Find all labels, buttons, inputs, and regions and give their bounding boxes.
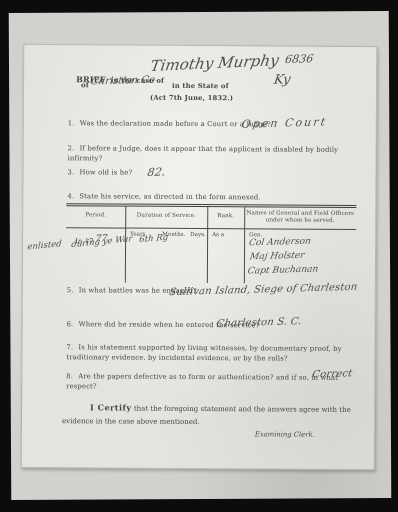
col-header-officers: Names of General and Field Officers unde…: [246, 210, 354, 225]
question-1-number: 1.: [68, 119, 80, 129]
margin-note-line-3: 6th Rg: [139, 232, 169, 245]
scanned-document-photo: 6836 BRIEF in the case of Timothy Murphy…: [0, 0, 398, 512]
question-4: 4.State his service, as directed in the …: [67, 192, 359, 204]
question-2: 2.If before a Judge, does it appear that…: [68, 144, 360, 165]
certification-paragraph: I Certify that the foregoing statement a…: [62, 400, 352, 429]
question-5: 5.In what battles was he engaged? Sulliv…: [67, 286, 359, 298]
examining-clerk-label: Examining Clerk.: [255, 430, 315, 438]
certification-lead: I Certify: [90, 402, 132, 412]
act-line: (Act 7th June, 1832.): [150, 94, 233, 104]
question-4-text: State his service, as directed in the fo…: [79, 192, 260, 201]
subheader-days: Days.: [190, 232, 206, 238]
question-8-number: 8.: [66, 372, 78, 382]
question-1-answer-handwritten: Open Court: [240, 114, 328, 132]
question-1: 1.Was the declaration made before a Cour…: [68, 119, 360, 131]
question-8-text: Are the papers defective as to form or a…: [66, 372, 338, 390]
question-6-number: 6.: [67, 320, 79, 330]
question-3: 3.How old is he? 82.: [67, 168, 359, 180]
of-label: of: [81, 81, 89, 91]
in-state-of-label: in the State of: [172, 82, 229, 92]
question-6: 6.Where did he reside when he entered th…: [67, 320, 359, 332]
col-header-duration: Duration of Service.: [125, 213, 207, 220]
margin-note-line-1: enlisted: [27, 239, 62, 252]
question-8: 8.Are the papers defective as to form or…: [66, 372, 358, 393]
question-6-answer-handwritten: Charleston S. C.: [215, 315, 302, 332]
question-5-number: 5.: [67, 286, 79, 296]
question-7-number: 7.: [66, 343, 78, 353]
question-7-text: Is his statement supported by living wit…: [66, 343, 341, 362]
col-header-rank: Rank.: [207, 213, 244, 220]
officer-2-handwritten: Maj Holster: [249, 251, 305, 263]
document-paper: 6836 BRIEF in the case of Timothy Murphy…: [21, 44, 378, 470]
county-handwritten: Christian Co: [90, 75, 156, 88]
question-5-answer-handwritten: Sullivan Island, Siege of Charleston: [168, 281, 358, 301]
col-header-period: Period.: [66, 212, 125, 219]
question-3-text: How old is he?: [79, 168, 132, 176]
question-2-text: If before a Judge, does it appear that t…: [68, 144, 339, 162]
officer-1-handwritten: Col Anderson: [248, 237, 311, 249]
question-2-number: 2.: [68, 144, 80, 154]
question-4-number: 4.: [67, 192, 79, 202]
question-3-number: 3.: [67, 168, 79, 178]
question-8-answer-handwritten: Correct: [311, 367, 353, 383]
question-7: 7.Is his statement supported by living w…: [66, 343, 348, 364]
officer-3-handwritten: Capt Buchanan: [247, 265, 319, 277]
case-number-handwritten: 6836: [284, 52, 314, 66]
state-handwritten: Ky: [273, 72, 292, 87]
subheader-as-a: As a: [212, 232, 224, 238]
question-3-answer-handwritten: 82.: [146, 164, 166, 180]
